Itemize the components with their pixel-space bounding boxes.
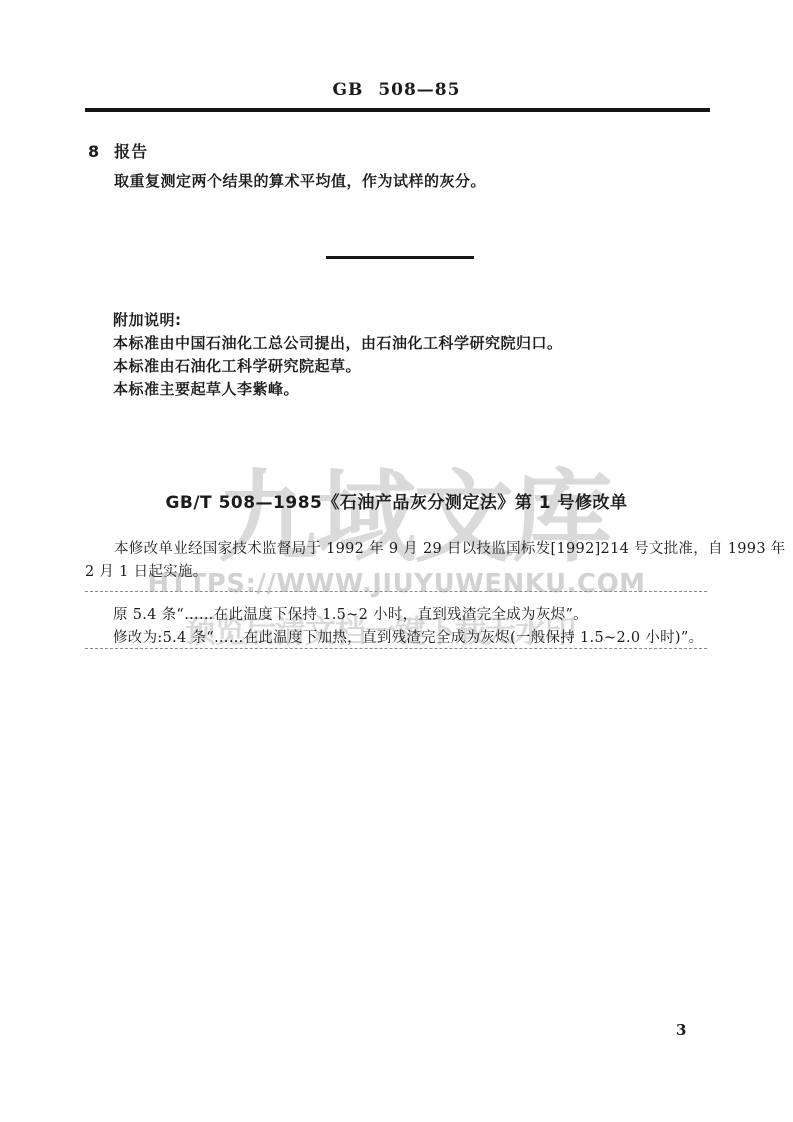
page-number: 3 bbox=[676, 1021, 686, 1039]
document-page: 九域文库 HTTPS://WWW.JIUYUWENKU.COM 预览后清文档一键… bbox=[0, 0, 793, 1122]
notes-line: 本标准主要起草人李紫峰。 bbox=[113, 378, 563, 401]
notes-title: 附加说明: bbox=[113, 309, 563, 332]
section-title: 报告 bbox=[114, 142, 148, 161]
notes-line: 本标准由中国石油化工总公司提出，由石油化工科学研究院归口。 bbox=[113, 332, 563, 355]
dashed-rule-bottom bbox=[85, 648, 707, 649]
amendment-intro-line1: 本修改单业经国家技术监督局于 1992 年 9 月 29 日以技监国标发[199… bbox=[114, 537, 786, 558]
original-clause-text: 原 5.4 条“……在此温度下保持 1.5~2 小时，直到残渣完全成为灰烬”。 bbox=[113, 603, 588, 624]
end-of-text-divider bbox=[326, 256, 474, 259]
amendment-intro-line2: 2 月 1 日起实施。 bbox=[85, 560, 208, 581]
amendment-title: GB/T 508—1985《石油产品灰分测定法》第 1 号修改单 bbox=[0, 488, 793, 513]
revised-clause-text: 修改为:5.4 条“……在此温度下加热，直到残渣完全成为灰烬(一般保持 1.5~… bbox=[113, 626, 703, 647]
section-body-text: 取重复测定两个结果的算术平均值，作为试样的灰分。 bbox=[114, 170, 486, 191]
section-number: 8 bbox=[88, 142, 100, 161]
dashed-rule-top bbox=[85, 591, 707, 592]
notes-line: 本标准由石油化工科学研究院起草。 bbox=[113, 355, 563, 378]
document-code: GB 508—85 bbox=[0, 80, 793, 100]
additional-notes: 附加说明: 本标准由中国石油化工总公司提出，由石油化工科学研究院归口。 本标准由… bbox=[113, 309, 563, 401]
section-heading: 8报告 bbox=[88, 139, 148, 162]
header-rule bbox=[85, 108, 710, 112]
